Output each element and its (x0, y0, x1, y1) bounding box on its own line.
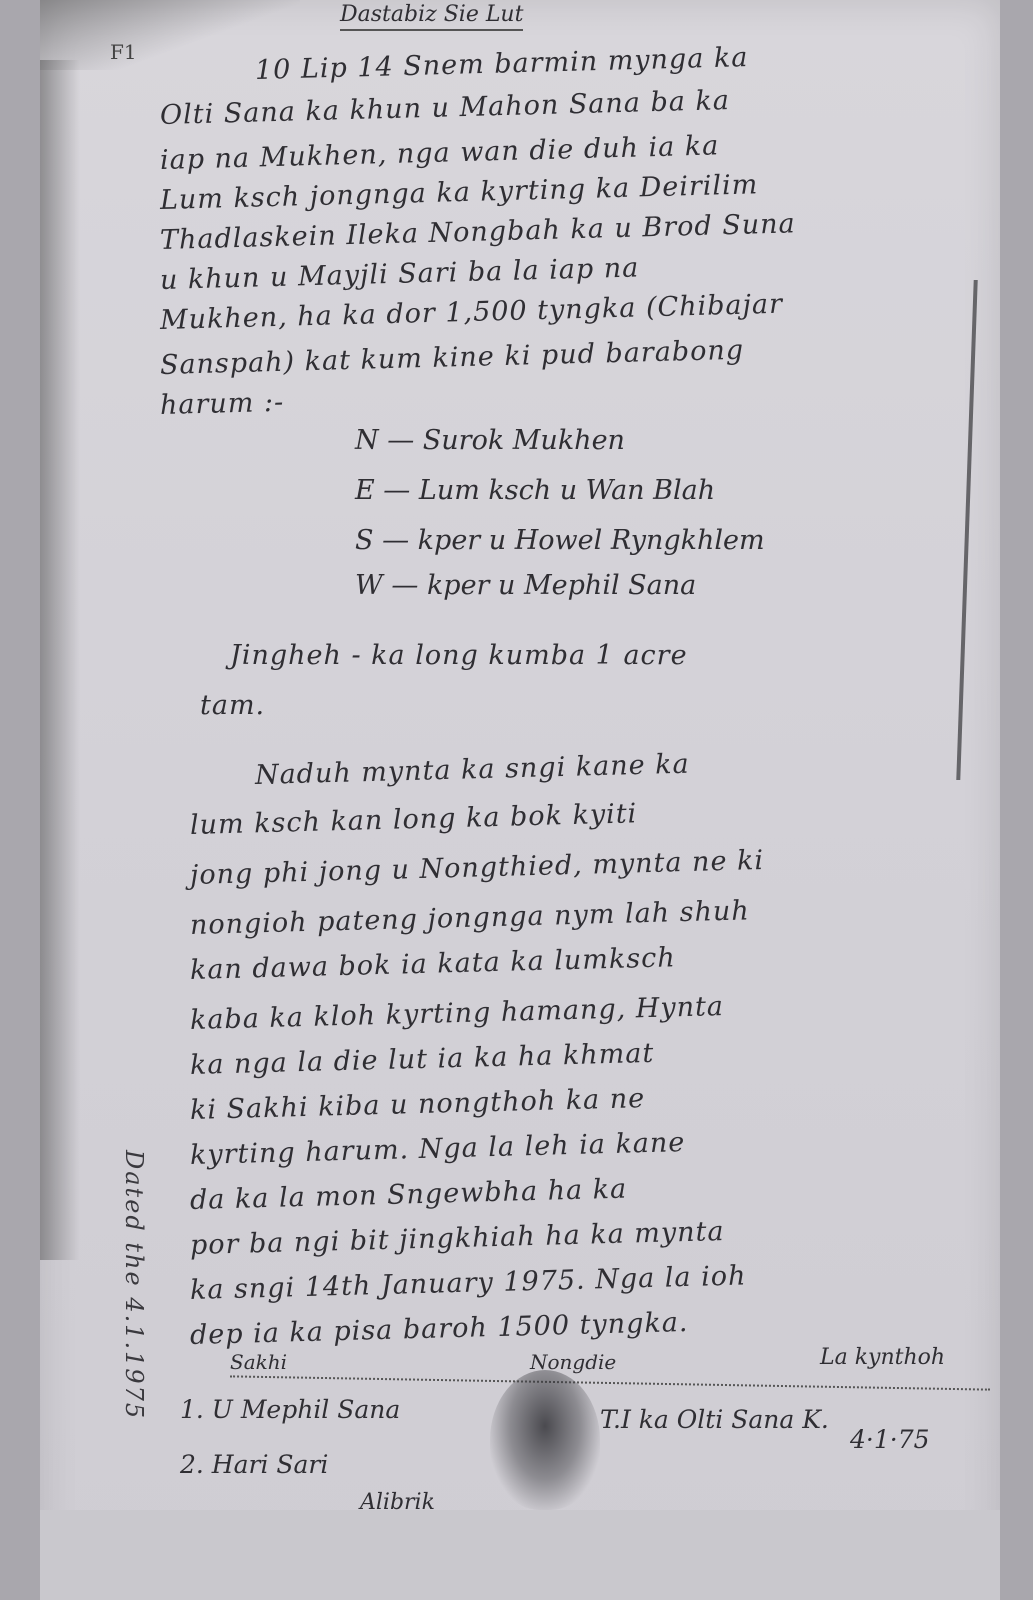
boundary-text: Lum ksch u Wan Blah (419, 475, 715, 506)
boundary-text: kper u Howel Ryngkhlem (418, 525, 765, 556)
boundary-text: kper u Mephil Sana (427, 570, 696, 601)
seller-label: Nongdie (530, 1350, 616, 1374)
page-edge-shadow (40, 60, 80, 1260)
margin-mark: F1 (110, 40, 137, 64)
scribe-label: La kynthoh (820, 1345, 945, 1370)
witness-2: 2. Hari Sari (180, 1450, 328, 1479)
boundary-text: Surok Mukhen (423, 425, 625, 456)
text-line: harum :- (160, 387, 285, 421)
witness-extra-signature: Alibrik (360, 1490, 435, 1515)
page-bottom-margin (40, 1510, 1000, 1600)
boundary-direction: S (355, 525, 374, 556)
boundary-north: N — Surok Mukhen (355, 425, 625, 456)
margin-date-note: Dated the 4.1.1975 (120, 1150, 148, 1420)
witness-label: Sakhi (230, 1350, 287, 1374)
area-line: Jingheh - ka long kumba 1 acre (230, 640, 688, 671)
boundary-south: S — kper u Howel Ryngkhlem (355, 525, 765, 556)
boundary-direction: W (355, 570, 383, 601)
boundary-west: W — kper u Mephil Sana (355, 570, 696, 601)
boundary-direction: N (355, 425, 379, 456)
signature-date: 4·1·75 (850, 1425, 930, 1454)
boundary-east: E — Lum ksch u Wan Blah (355, 475, 715, 506)
witness-1: 1. U Mephil Sana (180, 1395, 400, 1424)
thumbprint-impression (490, 1370, 600, 1510)
area-line: tam. (200, 690, 265, 721)
seller-signature: T.I ka Olti Sana K. (600, 1405, 829, 1434)
boundary-direction: E (355, 475, 375, 506)
document-heading: Dastabiz Sie Lut (340, 2, 523, 31)
